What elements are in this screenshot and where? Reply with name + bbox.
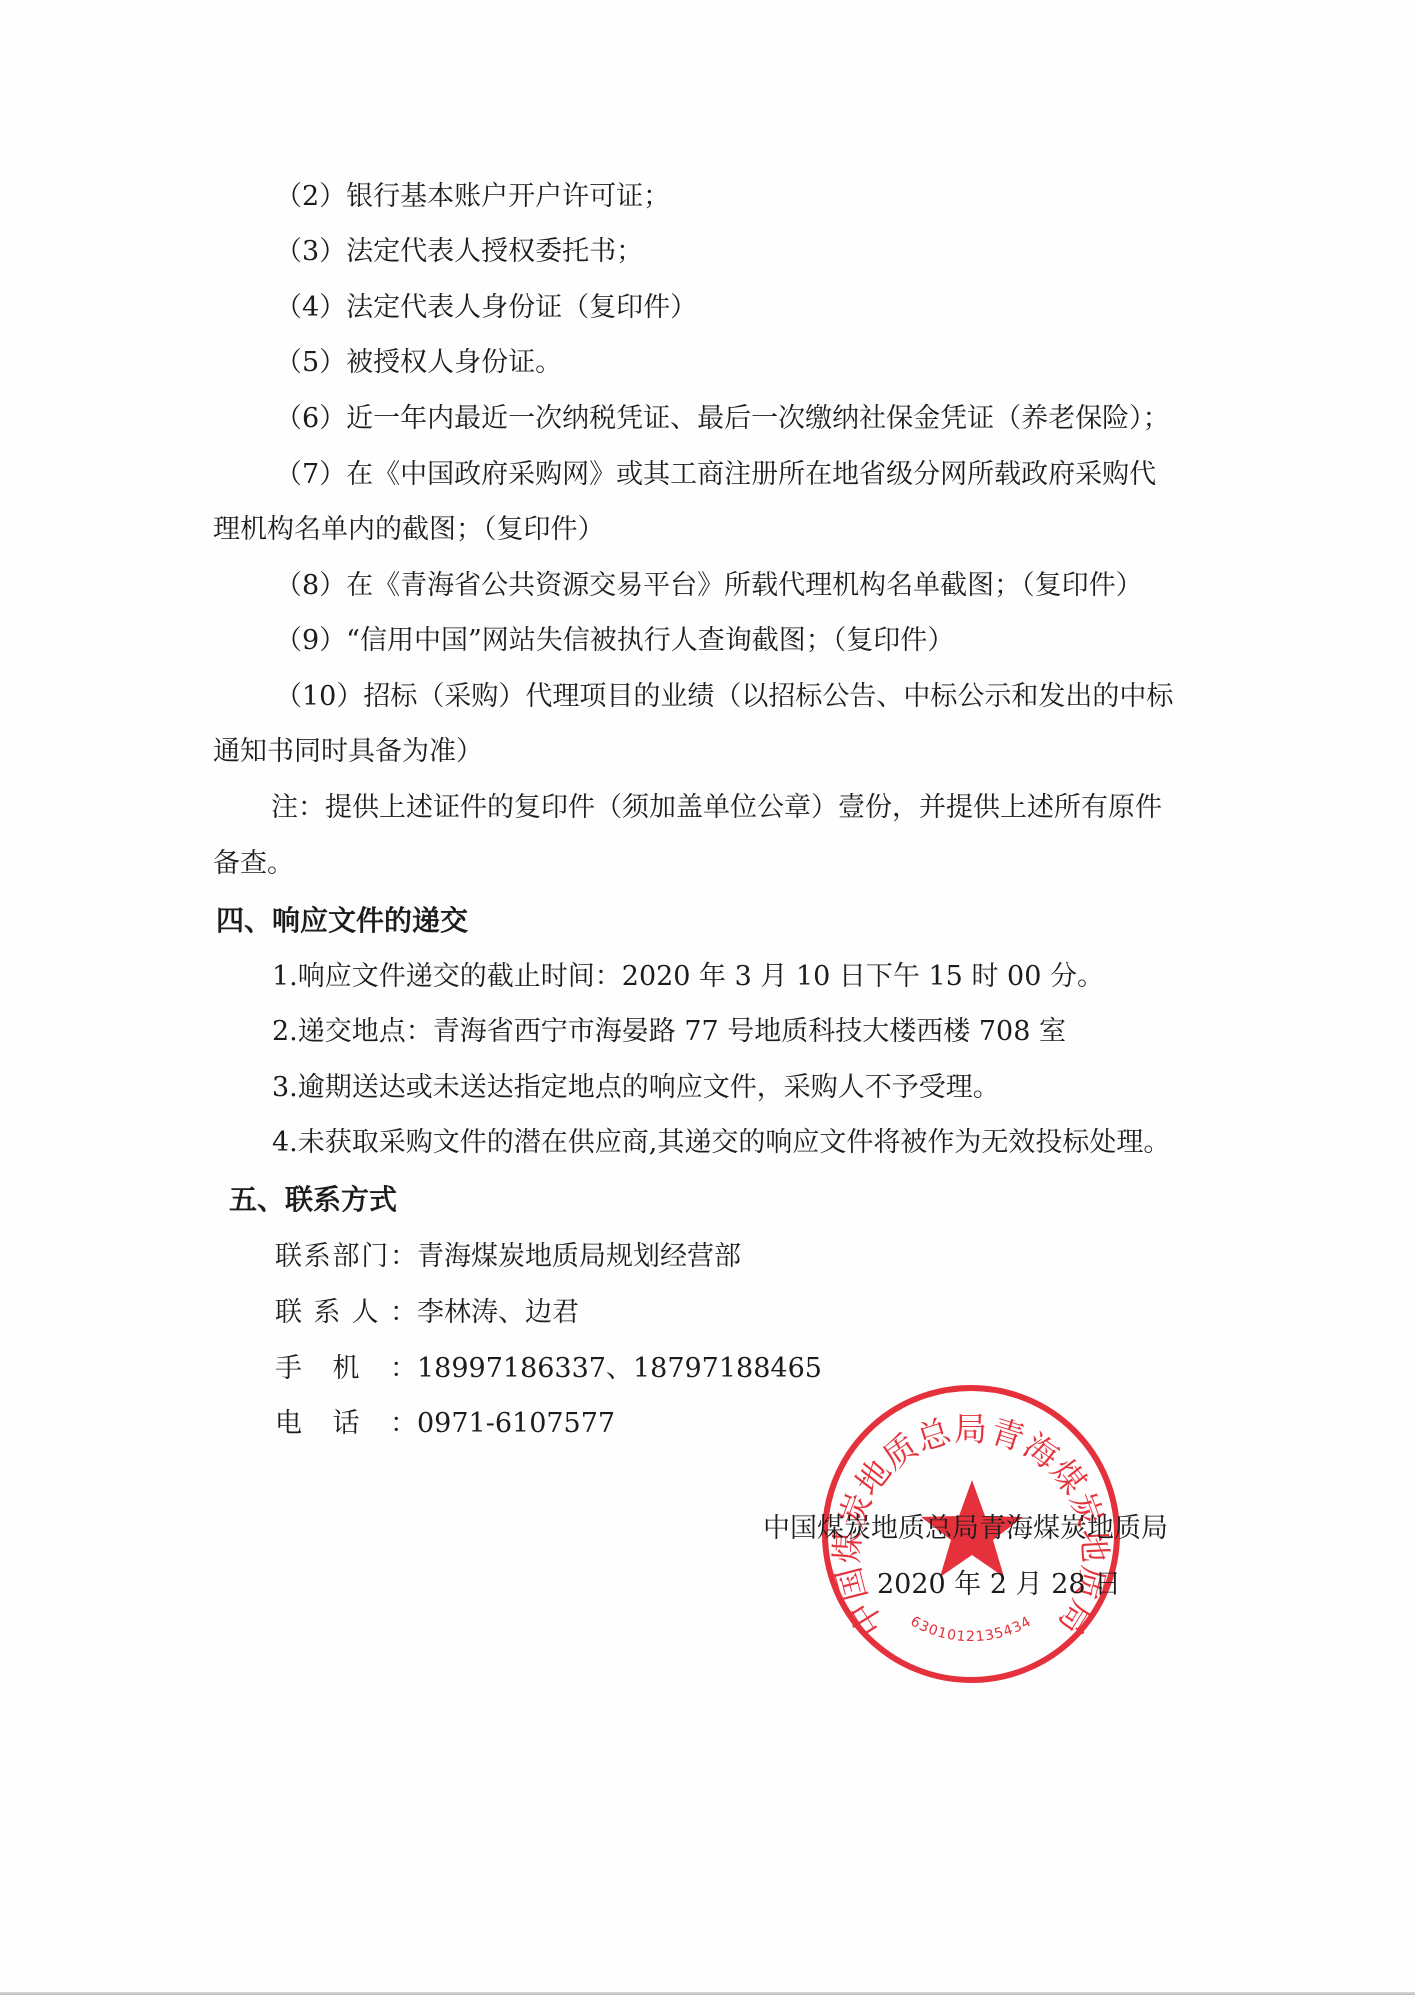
contact-label-department: 联系部门： <box>275 1241 417 1273</box>
submission-item-3: 3.逾期送达或未送达指定地点的响应文件，采购人不予受理。 <box>272 1072 1000 1104</box>
submission-item-4: 4.未获取采购文件的潜在供应商,其递交的响应文件将被作为无效投标处理。 <box>272 1127 1170 1159</box>
contact-value-mobile: 18997186337、18797188465 <box>417 1353 822 1385</box>
list-item-4: （4）法定代表人身份证（复印件） <box>275 292 697 324</box>
document-page: （2）银行基本账户开户许可证； （3）法定代表人授权委托书； （4）法定代表人身… <box>0 0 1415 2000</box>
list-item-8: （8）在《青海省公共资源交易平台》所载代理机构名单截图；（复印件） <box>275 570 1143 602</box>
contact-phone-row: 电话： 0971-6107577 <box>275 1408 615 1440</box>
contact-person-row: 联系人： 李林涛、边君 <box>275 1297 579 1329</box>
signature-date: 2020 年 2 月 28 日 <box>877 1569 1121 1601</box>
contact-label-mobile: 手机： <box>275 1353 417 1385</box>
contact-value-phone: 0971-6107577 <box>417 1408 615 1440</box>
list-item-6: （6）近一年内最近一次纳税凭证、最后一次缴纳社保金凭证（养老保险）； <box>275 403 1170 435</box>
page-bottom-edge <box>0 1992 1415 1995</box>
submission-item-2: 2.递交地点：青海省西宁市海晏路 77 号地质科技大楼西楼 708 室 <box>272 1016 1066 1048</box>
list-item-5: （5）被授权人身份证。 <box>275 347 562 379</box>
list-item-10-line2: 通知书同时具备为准） <box>213 736 483 768</box>
list-item-7-line2: 理机构名单内的截图；（复印件） <box>213 514 605 546</box>
contact-value-person: 李林涛、边君 <box>417 1297 579 1329</box>
contact-label-person: 联系人： <box>275 1297 417 1329</box>
note-line2: 备查。 <box>213 848 294 880</box>
contact-department-row: 联系部门： 青海煤炭地质局规划经营部 <box>275 1241 741 1273</box>
section-heading-contact: 五、联系方式 <box>229 1184 397 1216</box>
section-heading-submission: 四、响应文件的递交 <box>216 905 468 937</box>
signature-organization: 中国煤炭地质总局青海煤炭地质局 <box>763 1513 1168 1545</box>
seal-code-text: 6301012135434 <box>908 1614 1035 1646</box>
contact-value-department: 青海煤炭地质局规划经营部 <box>417 1241 741 1273</box>
list-item-2: （2）银行基本账户开户许可证； <box>275 181 670 213</box>
submission-item-1: 1.响应文件递交的截止时间：2020 年 3 月 10 日下午 15 时 00 … <box>272 961 1104 993</box>
list-item-10-line1: （10）招标（采购）代理项目的业绩（以招标公告、中标公示和发出的中标 <box>275 681 1173 713</box>
contact-mobile-row: 手机： 18997186337、18797188465 <box>275 1353 822 1385</box>
contact-label-phone: 电话： <box>275 1408 417 1440</box>
list-item-3: （3）法定代表人授权委托书； <box>275 236 643 268</box>
note-line1: 注：提供上述证件的复印件（须加盖单位公章）壹份，并提供上述所有原件 <box>271 792 1162 824</box>
list-item-7-line1: （7）在《中国政府采购网》或其工商注册所在地省级分网所载政府采购代 <box>275 459 1156 491</box>
list-item-9: （9）“信用中国”网站失信被执行人查询截图；（复印件） <box>275 625 954 657</box>
